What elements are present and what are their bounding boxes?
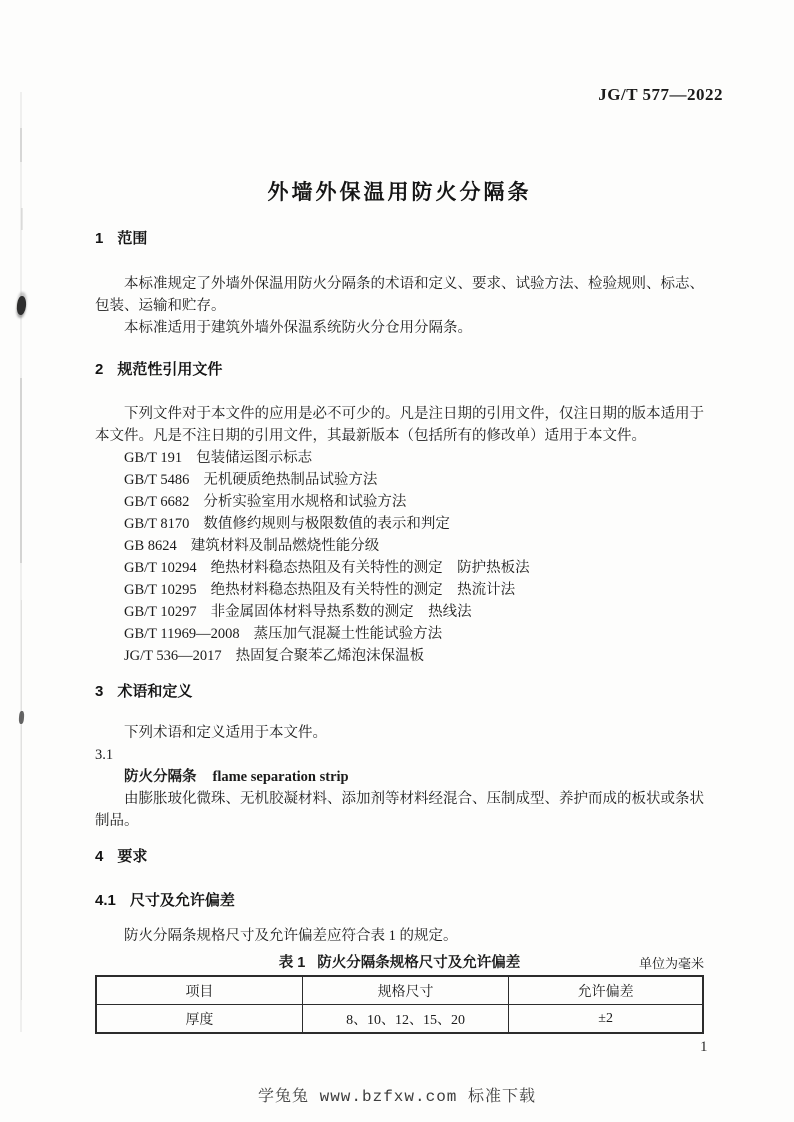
document-title: 外墙外保温用防火分隔条 [95,180,704,206]
section-4-heading: 4要求 [95,848,704,866]
reference-title: 蒸压加气混凝土性能试验方法 [254,626,443,642]
reference-title: 包装储运图示标志 [196,450,312,466]
reference-title: 热固复合聚苯乙烯泡沫保温板 [236,648,425,664]
table-header-cell: 规格尺寸 [302,976,508,1005]
reference-code: GB/T 10294 [124,560,197,576]
scan-dash-artifact [20,128,22,162]
reference-code: GB/T 5486 [124,472,189,488]
reference-code: GB/T 10297 [124,604,197,620]
section-3-heading: 3术语和定义 [95,683,704,701]
term-number: 3.1 [95,744,704,766]
section-3-title: 术语和定义 [117,683,192,700]
reference-item: GB/T 5486无机硬质绝热制品试验方法 [95,469,704,491]
reference-title: 建筑材料及制品燃烧性能分级 [191,538,380,554]
reference-code: JG/T 536—2017 [124,648,222,664]
reference-item: GB 8624建筑材料及制品燃烧性能分级 [95,535,704,557]
reference-title: 绝热材料稳态热阻及有关特性的测定 热流计法 [211,582,516,598]
section-2-title: 规范性引用文件 [117,361,222,378]
table-row: 厚度 8、10、12、15、20 ±2 [96,1005,703,1034]
page-number: 1 [700,1039,708,1056]
table-caption-text: 防火分隔条规格尺寸及允许偏差 [317,955,520,971]
section-4-1-title: 尺寸及允许偏差 [130,892,235,909]
scan-blob-artifact [16,296,27,316]
scan-streak-artifact [21,600,22,1000]
section-1-paragraph: 本标准适用于建筑外墙外保温系统防火分仓用分隔条。 [95,317,704,339]
reference-item: GB/T 10294绝热材料稳态热阻及有关特性的测定 防护热板法 [95,557,704,579]
section-4-number: 4 [95,848,103,865]
spec-table: 项目 规格尺寸 允许偏差 厚度 8、10、12、15、20 ±2 [95,975,704,1034]
reference-item: JG/T 536—2017热固复合聚苯乙烯泡沫保温板 [95,645,704,667]
term-english: flame separation strip [213,769,349,785]
standard-document-page: JG/T 577—2022 外墙外保温用防火分隔条 1范围 本标准规定了外墙外保… [0,0,794,1122]
section-2-heading: 2规范性引用文件 [95,361,704,379]
section-4-1-number: 4.1 [95,892,116,909]
term-chinese: 防火分隔条 [124,769,197,785]
reference-title: 无机硬质绝热制品试验方法 [203,472,377,488]
reference-title: 非金属固体材料导热系数的测定 热线法 [211,604,472,620]
table-header-cell: 项目 [96,976,302,1005]
term-definition: 由膨胀玻化微珠、无机胶凝材料、添加剂等材料经混合、压制成型、养护而成的板状或条状… [95,788,704,832]
section-2-intro: 下列文件对于本文件的应用是必不可少的。凡是注日期的引用文件，仅注日期的版本适用于… [95,403,704,447]
section-3-intro: 下列术语和定义适用于本文件。 [95,722,704,744]
scan-streak-artifact [20,92,22,1032]
reference-title: 数值修约规则与极限数值的表示和判定 [203,516,450,532]
term-line: 防火分隔条flame separation strip [95,766,704,788]
section-1-paragraph: 本标准规定了外墙外保温用防火分隔条的术语和定义、要求、试验方法、检验规则、标志、… [95,273,704,317]
reference-code: GB/T 8170 [124,516,189,532]
document-content: 外墙外保温用防火分隔条 1范围 本标准规定了外墙外保温用防火分隔条的术语和定义、… [95,0,704,1034]
section-1-title: 范围 [117,230,147,247]
reference-code: GB 8624 [124,538,177,554]
section-4-title: 要求 [117,848,147,865]
reference-title: 绝热材料稳态热阻及有关特性的测定 防护热板法 [211,560,530,576]
section-1-number: 1 [95,230,103,247]
reference-code: GB/T 191 [124,450,182,466]
section-2-number: 2 [95,361,103,378]
reference-item: GB/T 6682分析实验室用水规格和试验方法 [95,491,704,513]
table-header-cell: 允许偏差 [509,976,703,1005]
table-cell: ±2 [509,1005,703,1034]
reference-title: 分析实验室用水规格和试验方法 [203,494,406,510]
reference-item: GB/T 11969—2008蒸压加气混凝土性能试验方法 [95,623,704,645]
reference-code: GB/T 6682 [124,494,189,510]
scan-blob-artifact [19,711,25,724]
reference-code: GB/T 11969—2008 [124,626,240,642]
reference-code: GB/T 10295 [124,582,197,598]
table-caption-number: 表 1 [279,955,306,971]
table-caption: 表 1防火分隔条规格尺寸及允许偏差 [95,953,704,973]
table-cell: 厚度 [96,1005,302,1034]
normative-reference-list: GB/T 191包装储运图示标志 GB/T 5486无机硬质绝热制品试验方法 G… [95,447,704,667]
section-4-1-heading: 4.1尺寸及允许偏差 [95,892,704,910]
section-3-number: 3 [95,683,103,700]
reference-item: GB/T 10295绝热材料稳态热阻及有关特性的测定 热流计法 [95,579,704,601]
section-4-paragraph: 防火分隔条规格尺寸及允许偏差应符合表 1 的规定。 [95,925,704,947]
table-unit-note: 单位为毫米 [639,955,704,973]
table-header-row: 项目 规格尺寸 允许偏差 [96,976,703,1005]
scan-streak-artifact [20,378,22,563]
scan-dash-artifact [21,208,23,230]
section-1-heading: 1范围 [95,230,704,248]
reference-item: GB/T 10297非金属固体材料导热系数的测定 热线法 [95,601,704,623]
reference-item: GB/T 8170数值修约规则与极限数值的表示和判定 [95,513,704,535]
table-cell: 8、10、12、15、20 [302,1005,508,1034]
table-caption-row: 表 1防火分隔条规格尺寸及允许偏差 单位为毫米 [95,953,704,973]
watermark-text: 学兔兔 www.bzfxw.com 标准下载 [0,1083,794,1106]
reference-item: GB/T 191包装储运图示标志 [95,447,704,469]
